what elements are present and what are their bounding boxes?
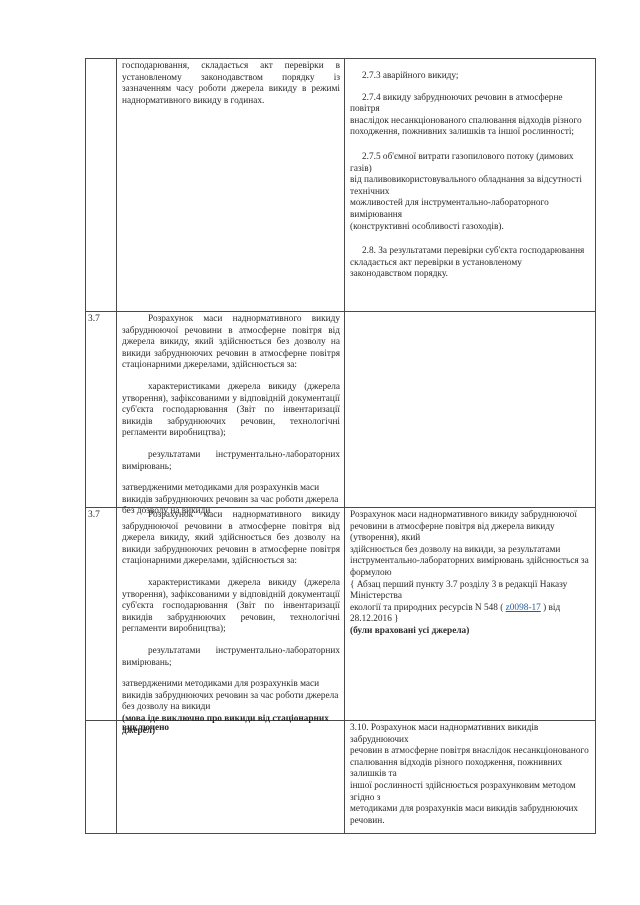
excluded-label: виключено	[122, 723, 340, 735]
paragraph: 2.7.4 викиду забруднюючих речовин в атмо…	[350, 93, 591, 116]
paragraph: Розрахунок маси наднормативного викиду з…	[122, 510, 340, 568]
paragraph: характеристиками джерела викиду (джерела…	[122, 382, 340, 440]
table-row: господарювання, складається акт перевірк…	[86, 59, 595, 312]
paragraph: 2.7.5 об'ємної витрати газопилового пото…	[350, 152, 591, 175]
paragraph: 2.7.3 аварійного викиду;	[350, 71, 591, 83]
row-number	[86, 59, 117, 311]
paragraph: іншої рослинності здійснюється розрахунк…	[350, 781, 591, 804]
paragraph: характеристиками джерела викиду (джерела…	[122, 578, 340, 636]
paragraph: інструментально-лабораторних вимірювань …	[350, 556, 591, 579]
row-number: 3.7	[86, 508, 117, 720]
left-cell: господарювання, складається акт перевірк…	[117, 59, 345, 311]
paragraph: речовини в атмосферне повітря від джерел…	[350, 522, 591, 545]
right-cell: Розрахунок маси наднормативного викиду з…	[345, 508, 595, 720]
left-cell: Розрахунок маси наднормативного викиду з…	[117, 312, 345, 507]
paragraph: результатами інструментально-лабораторни…	[122, 450, 340, 473]
text: екології та природних ресурсів N 548 (	[350, 603, 506, 613]
paragraph: Розрахунок маси наднормативного викиду з…	[350, 510, 591, 522]
paragraph: результатами інструментально-лабораторни…	[122, 646, 340, 669]
paragraph: затвердженими методиками для розрахунків…	[122, 679, 340, 714]
table-row: виключено 3.10. Розрахунок маси наднорма…	[86, 721, 595, 833]
left-cell: Розрахунок маси наднормативного викиду з…	[117, 508, 345, 720]
note-bold: (були враховані усі джерела)	[350, 626, 591, 638]
paragraph: внаслідок несанкціонованого спалювання в…	[350, 116, 591, 128]
comparison-table: господарювання, складається акт перевірк…	[85, 58, 596, 834]
paragraph: Розрахунок маси наднормативного викиду з…	[122, 314, 340, 372]
law-reference-link[interactable]: z0098-17	[506, 603, 541, 613]
paragraph: (конструктивні особливості газоходів).	[350, 222, 591, 234]
paragraph: здійснюється без дозволу на викиди, за р…	[350, 545, 591, 557]
paragraph: { Абзац перший пункту 3.7 розділу 3 в ре…	[350, 580, 591, 603]
table-row: 3.7 Розрахунок маси наднормативного вики…	[86, 508, 595, 721]
left-cell: виключено	[117, 721, 345, 833]
row-number: 3.7	[86, 312, 117, 507]
paragraph: методиками для розрахунків маси викидів …	[350, 804, 591, 827]
table-row: 3.7 Розрахунок маси наднормативного вики…	[86, 312, 595, 508]
paragraph: від паливовикористовувального обладнання…	[350, 175, 591, 198]
paragraph: 2.8. За результатами перевірки суб'єкта …	[350, 246, 591, 258]
right-cell	[345, 312, 595, 507]
paragraph: 3.10. Розрахунок маси наднормативних вик…	[350, 723, 591, 746]
right-cell: 2.7.3 аварійного викиду; 2.7.4 викиду за…	[345, 59, 595, 311]
paragraph: можливостей для інструментально-лаборато…	[350, 198, 591, 221]
paragraph: екології та природних ресурсів N 548 ( z…	[350, 603, 591, 626]
right-cell: 3.10. Розрахунок маси наднормативних вик…	[345, 721, 595, 833]
paragraph: походження, пожнивних залишків та іншої …	[350, 127, 591, 139]
paragraph: законодавством порядку.	[350, 269, 591, 281]
paragraph: складається акт перевірки в установленом…	[350, 258, 591, 270]
row-number	[86, 721, 117, 833]
paragraph: речовин в атмосферне повітря внаслідок н…	[350, 746, 591, 758]
paragraph: спалювання відходів різного походження, …	[350, 758, 591, 781]
paragraph: господарювання, складається акт перевірк…	[122, 61, 340, 107]
